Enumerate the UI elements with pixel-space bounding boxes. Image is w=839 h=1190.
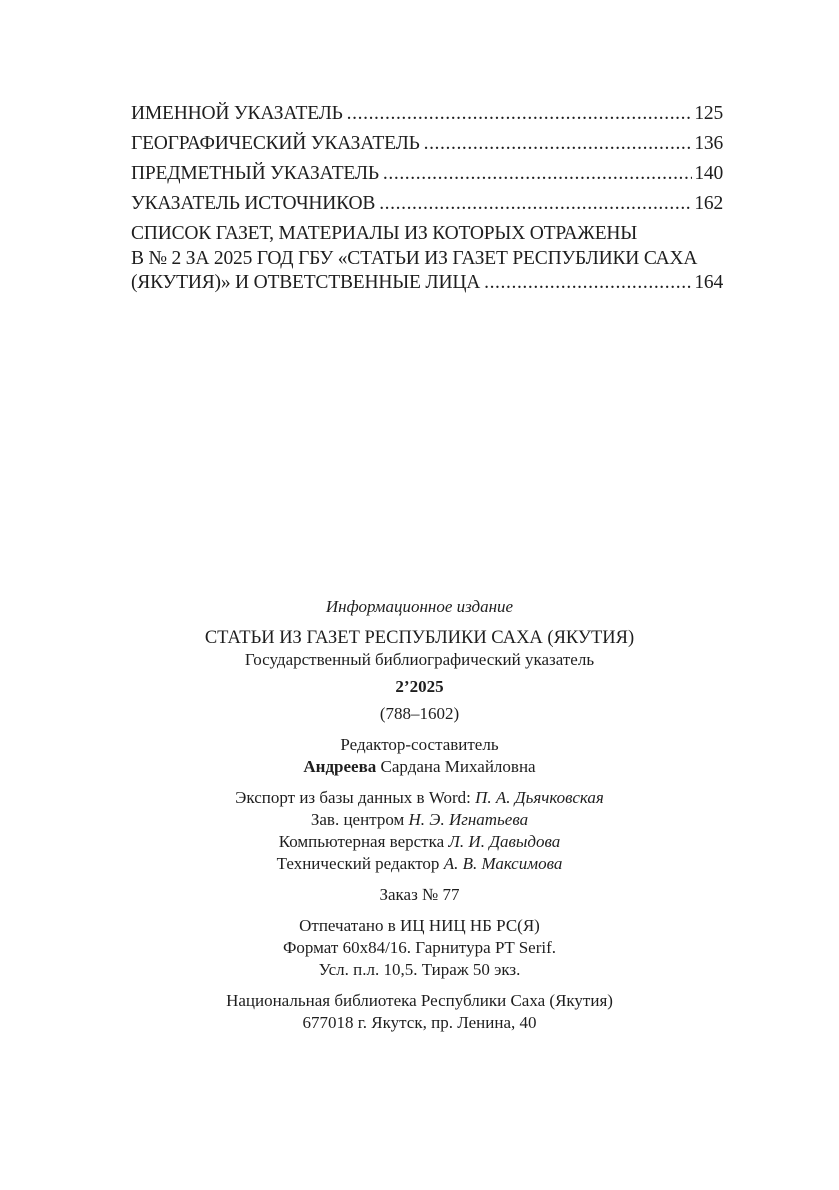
publisher-address: 677018 г. Якутск, пр. Ленина, 40 [0,1012,839,1034]
editor-surname: Андреева [303,757,376,776]
credit-name: А. В. Максимова [444,854,563,873]
publication-title: СТАТЬИ ИЗ ГАЗЕТ РЕСПУБЛИКИ САХА (ЯКУТИЯ) [0,627,839,649]
toc-page-number: 140 [694,162,723,187]
credit-role: Зав. центром [311,810,404,829]
toc-entry-title-line: В № 2 ЗА 2025 ГОД ГБУ «СТАТЬИ ИЗ ГАЗЕТ Р… [131,247,697,272]
toc-entry-title: УКАЗАТЕЛЬ ИСТОЧНИКОВ [131,192,375,217]
toc-entry-title: ПРЕДМЕТНЫЙ УКАЗАТЕЛЬ [131,162,379,187]
dot-leader [379,192,692,217]
dot-leader [424,132,693,157]
order-number: Заказ № 77 [0,884,839,906]
dot-leader [484,271,692,296]
toc-entry-subject-index[interactable]: ПРЕДМЕТНЫЙ УКАЗАТЕЛЬ 140 [131,162,723,192]
toc-entry-title-line: СПИСОК ГАЗЕТ, МАТЕРИАЛЫ ИЗ КОТОРЫХ ОТРАЖ… [131,222,637,247]
credit-name: П. А. Дьячковская [475,788,604,807]
editor-role: Редактор-составитель [0,734,839,756]
credit-line: Технический редактор А. В. Максимова [0,853,839,875]
credit-line: Компьютерная верстка Л. И. Давыдова [0,831,839,853]
print-info-line: Усл. п.л. 10,5. Тираж 50 экз. [0,959,839,981]
dot-leader [347,102,693,127]
toc-page-number: 164 [694,271,723,296]
toc-page-number: 162 [694,192,723,217]
publisher-name: Национальная библиотека Республики Саха … [0,990,839,1012]
editor-given-name: Сардана Михайловна [381,757,536,776]
toc-entry-sources-index[interactable]: УКАЗАТЕЛЬ ИСТОЧНИКОВ 162 [131,192,723,222]
toc-entry-title-line: (ЯКУТИЯ)» И ОТВЕТСТВЕННЫЕ ЛИЦА [131,271,480,296]
editor-name: Андреева Сардана Михайловна [0,756,839,778]
toc-entry-geographic-index[interactable]: ГЕОГРАФИЧЕСКИЙ УКАЗАТЕЛЬ 136 [131,132,723,162]
toc-entry-title: ИМЕННОЙ УКАЗАТЕЛЬ [131,102,343,127]
credit-line: Зав. центром Н. Э. Игнатьева [0,809,839,831]
credit-name: Н. Э. Игнатьева [409,810,529,829]
dot-leader [383,162,692,187]
publication-subtitle: Государственный библиографический указат… [0,649,839,671]
credit-role: Технический редактор [277,854,440,873]
toc-page-number: 125 [694,102,723,127]
issue-number: 2’2025 [0,676,839,698]
table-of-contents: ИМЕННОЙ УКАЗАТЕЛЬ 125 ГЕОГРАФИЧЕСКИЙ УКА… [131,102,723,296]
toc-entry-name-index[interactable]: ИМЕННОЙ УКАЗАТЕЛЬ 125 [131,102,723,132]
credit-line: Экспорт из базы данных в Word: П. А. Дья… [0,787,839,809]
credit-role: Компьютерная верстка [279,832,444,851]
entry-range: (788–1602) [0,703,839,725]
colophon: Информационное издание СТАТЬИ ИЗ ГАЗЕТ Р… [0,596,839,1034]
toc-entry-title: ГЕОГРАФИЧЕСКИЙ УКАЗАТЕЛЬ [131,132,420,157]
print-info-line: Формат 60x84/16. Гарнитура PT Serif. [0,937,839,959]
edition-type: Информационное издание [0,596,839,618]
credit-name: Л. И. Давыдова [448,832,560,851]
toc-entry-newspaper-list[interactable]: СПИСОК ГАЗЕТ, МАТЕРИАЛЫ ИЗ КОТОРЫХ ОТРАЖ… [131,222,723,296]
print-info-line: Отпечатано в ИЦ НИЦ НБ РС(Я) [0,915,839,937]
toc-page-number: 136 [694,132,723,157]
credit-role: Экспорт из базы данных в Word: [235,788,471,807]
document-page: ИМЕННОЙ УКАЗАТЕЛЬ 125 ГЕОГРАФИЧЕСКИЙ УКА… [0,0,839,1190]
